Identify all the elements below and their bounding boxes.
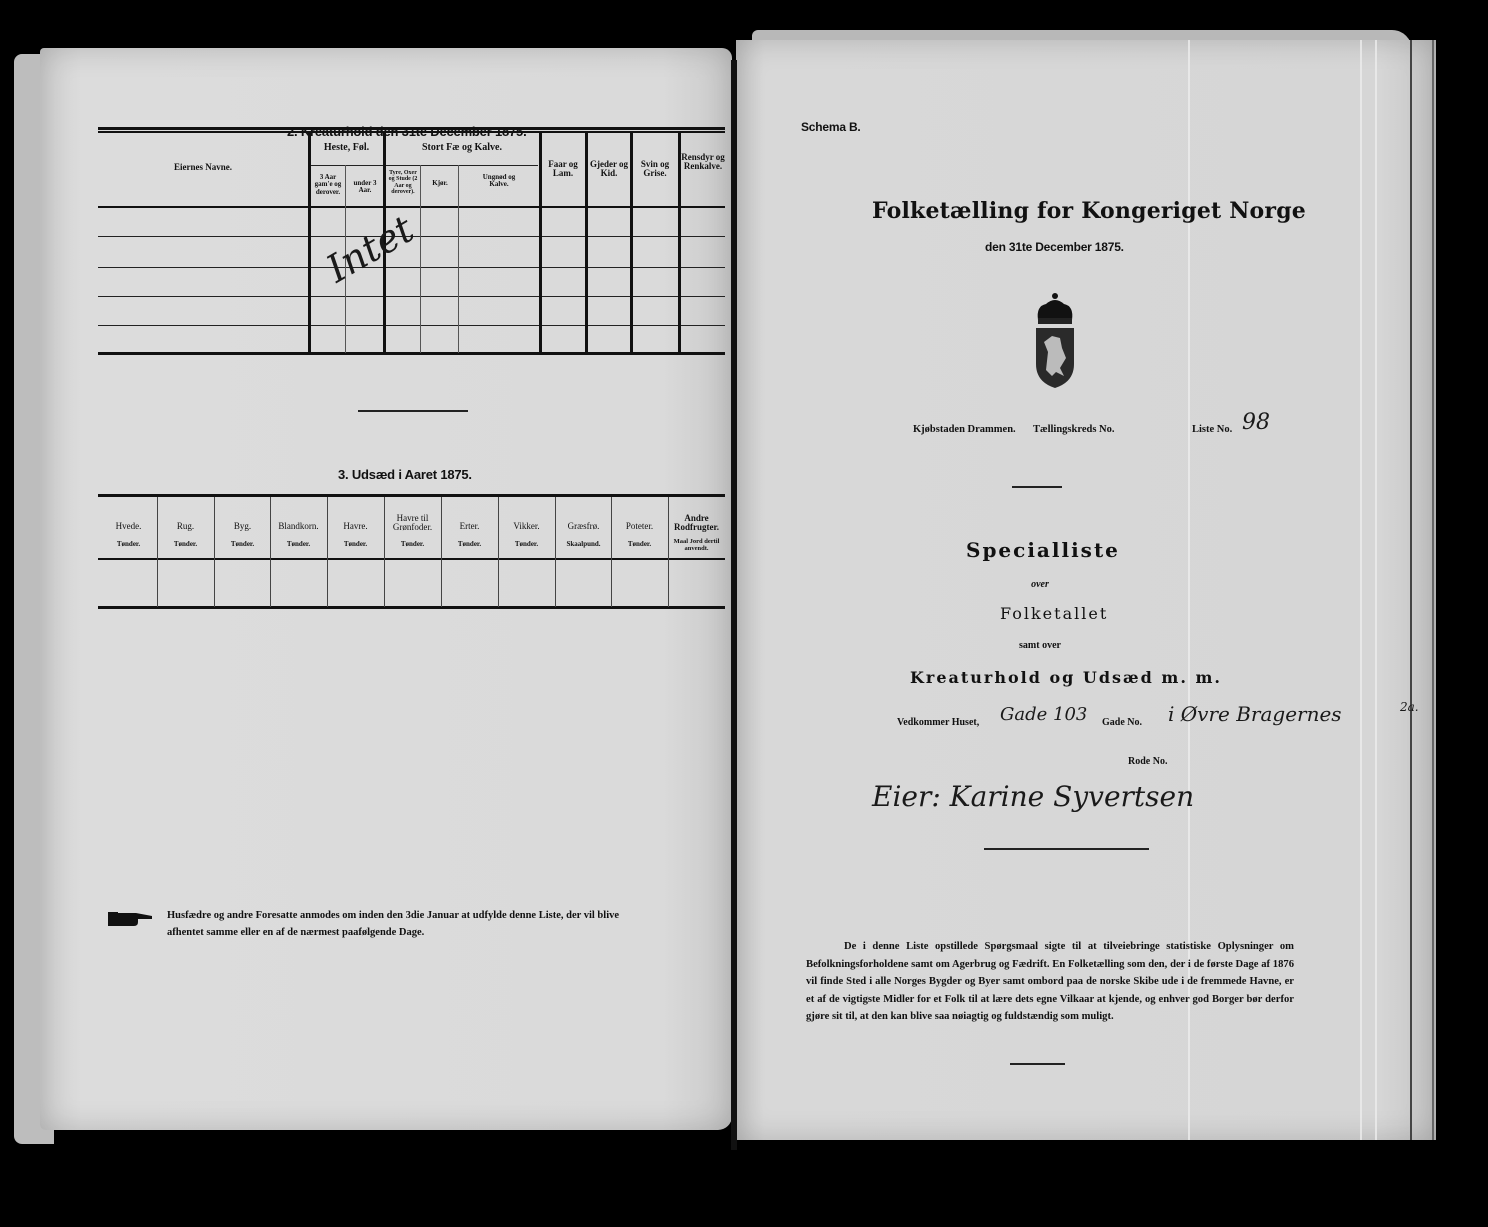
main-title: Folketælling for Kongeriget Norge [872,198,1306,224]
sowing-col-9: Græsfrø. [555,522,612,531]
sowing-col-4: Blandkorn. [270,522,327,531]
sowing-col-unit: Tønder. [327,541,384,548]
sowing-col-1: Hvede. [100,522,157,531]
scan-stripe [1375,40,1377,1140]
col-sheep: Faar og Lam. [541,160,585,179]
main-subtitle: den 31te December 1875. [985,240,1124,254]
column-divider [214,497,215,607]
col-horses-3plus: 3 Aar gam'e og derover. [310,174,346,196]
specialliste-title: Specialliste [966,538,1120,562]
section3-title: 3. Udsæd i Aaret 1875. [338,467,472,482]
rode-no-label: Rode No. [1128,752,1188,771]
kreaturhold-title: Kreaturhold og Udsæd m. m. [910,668,1222,687]
sowing-col-unit: Tønder. [384,541,441,548]
book-spine [731,60,737,1150]
explanatory-paragraph: De i denne Liste opstillede Spørgsmaal s… [806,938,1294,1026]
col-reindeer: Rensdyr og Renkalve. [680,153,726,172]
sowing-col-10: Poteter. [611,522,668,531]
col-pigs: Svin og Grise. [632,160,678,179]
sowing-col-unit: Tønder. [498,541,555,548]
col-owner-names: Eiernes Navne. [100,163,306,172]
notice-line2: afhentet samme eller en af de nærmest pa… [167,925,687,940]
divider [1012,486,1062,488]
sowing-col-unit: Tønder. [214,541,271,548]
left-page [40,48,732,1130]
over-text: over [1000,580,1080,591]
sowing-col-unit: Tønder. [270,541,327,548]
col-goats: Gjeder og Kid. [587,160,631,179]
sowing-col-2: Rug. [157,522,214,531]
col-cattle-cows: Kjør. [422,180,458,187]
col-cattle-bulls: Tyre, Oxer og Stude (2 Aar og derover). [386,170,420,195]
sowing-col-unit: Tønder. [441,541,498,548]
column-divider [441,497,442,607]
sowing-col-8: Vikker. [498,522,555,531]
column-divider [270,497,271,607]
column-divider [327,497,328,607]
col-cattle-young: Ungnød og Kalve. [460,174,538,189]
street-handwritten: Gade 103 [1000,704,1087,725]
extra-handwritten: 2a. [1400,700,1419,714]
sowing-col-unit: Tønder. [611,541,668,548]
sowing-col-5: Havre. [327,522,384,531]
divider [1010,1063,1065,1065]
column-divider [555,497,556,607]
house-label: Vedkommer Huset, [897,713,1017,732]
notice-line1: Husfædre og andre Foresatte anmodes om i… [167,908,687,923]
col-horses-under3: under 3 Aar. [347,180,383,195]
owner-handwritten: Eier: Karine Syvertsen [872,780,1194,813]
scan-stripe [1360,40,1362,1140]
divider [358,410,468,412]
town-label: Kjøbstaden Drammen. [913,420,1053,439]
column-divider [157,497,158,607]
page-edge-line [1432,40,1434,1140]
folketallet-title: Folketallet [1000,604,1108,623]
divider [984,848,1149,850]
sowing-col-unit: Tønder. [157,541,214,548]
norwegian-coat-of-arms-icon [1032,292,1078,390]
samt-over-text: samt over [990,641,1090,652]
place-handwritten: i Øvre Bragernes [1168,702,1342,726]
sowing-col-7: Erter. [441,522,498,531]
page-edge-line [1410,40,1412,1140]
col-cattle: Stort Fæ og Kalve. [386,143,538,154]
list-number: 98 [1242,410,1270,435]
sowing-col-3: Byg. [214,522,271,531]
sowing-col-unit: Tønder. [100,541,157,548]
sowing-col-11: Andre Rodfrugter. [668,514,725,533]
sowing-col-unit: Skaalpund. [555,541,612,548]
district-label: Tællingskreds No. [1033,420,1173,439]
schema-label: Schema B. [801,120,861,134]
column-divider [611,497,612,607]
sowing-col-unit: Maal Jord dertil anvendt. [668,539,725,553]
column-divider [498,497,499,607]
col-horses: Heste, Føl. [310,143,383,154]
sowing-col-6: Havre til Grønfoder. [384,514,441,533]
pointing-hand-icon [108,910,154,928]
